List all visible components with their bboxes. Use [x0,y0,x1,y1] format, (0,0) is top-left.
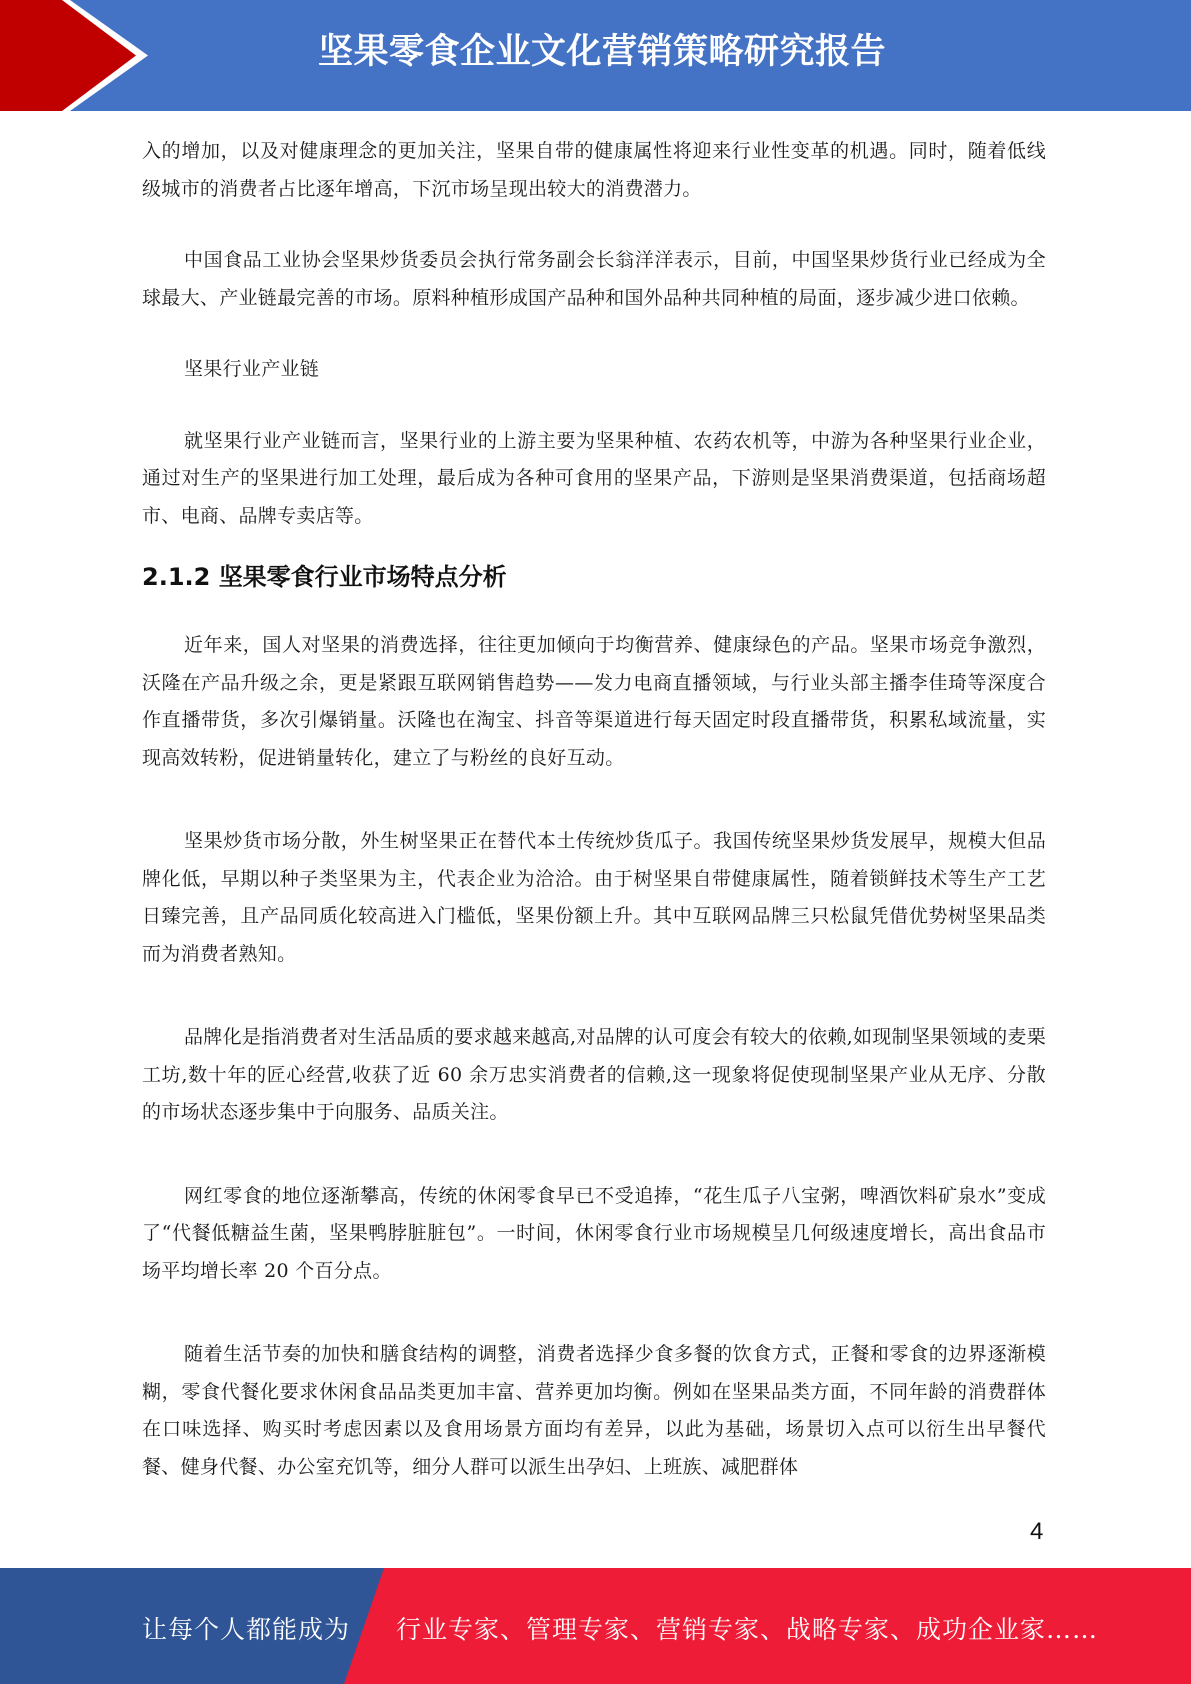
document-title: 坚果零食企业文化营销策略研究报告 [318,28,886,76]
paragraph: 近年来，国人对坚果的消费选择，往往更加倾向于均衡营养、健康绿色的产品。坚果市场竞… [142,627,1046,777]
section-heading: 2.1.2 坚果零食行业市场特点分析 [142,557,1046,597]
footer-banner: 让每个人都能成为 行业专家、管理专家、营销专家、战略专家、成功企业家…… [0,1568,1191,1684]
document-body: 入的增加，以及对健康理念的更加关注，坚果自带的健康属性将迎来行业性变革的机遇。同… [142,133,1046,1486]
footer-slogan-right: 行业专家、管理专家、营销专家、战略专家、成功企业家…… [396,1610,1098,1646]
subheading-industry-chain: 坚果行业产业链 [142,351,1046,389]
footer-slogan-left: 让每个人都能成为 [142,1610,350,1646]
page-number: 4 [1030,1518,1043,1546]
paragraph: 中国食品工业协会坚果炒货委员会执行常务副会长翁洋洋表示，目前，中国坚果炒货行业已… [142,242,1046,317]
chevron-arrow-icon [0,0,160,111]
paragraph: 随着生活节奏的加快和膳食结构的调整，消费者选择少食多餐的饮食方式，正餐和零食的边… [142,1336,1046,1486]
paragraph: 品牌化是指消费者对生活品质的要求越来越高,对品牌的认可度会有较大的依赖,如现制坚… [142,1019,1046,1132]
paragraph: 就坚果行业产业链而言，坚果行业的上游主要为坚果种植、农药农机等，中游为各种坚果行… [142,423,1046,536]
paragraph: 网红零食的地位逐渐攀高，传统的休闲零食早已不受追捧，“花生瓜子八宝粥，啤酒饮料矿… [142,1178,1046,1291]
paragraph: 坚果炒货市场分散，外生树坚果正在替代本土传统炒货瓜子。我国传统坚果炒货发展早，规… [142,823,1046,973]
header-banner: 坚果零食企业文化营销策略研究报告 [0,0,1191,111]
paragraph: 入的增加，以及对健康理念的更加关注，坚果自带的健康属性将迎来行业性变革的机遇。同… [142,133,1046,208]
